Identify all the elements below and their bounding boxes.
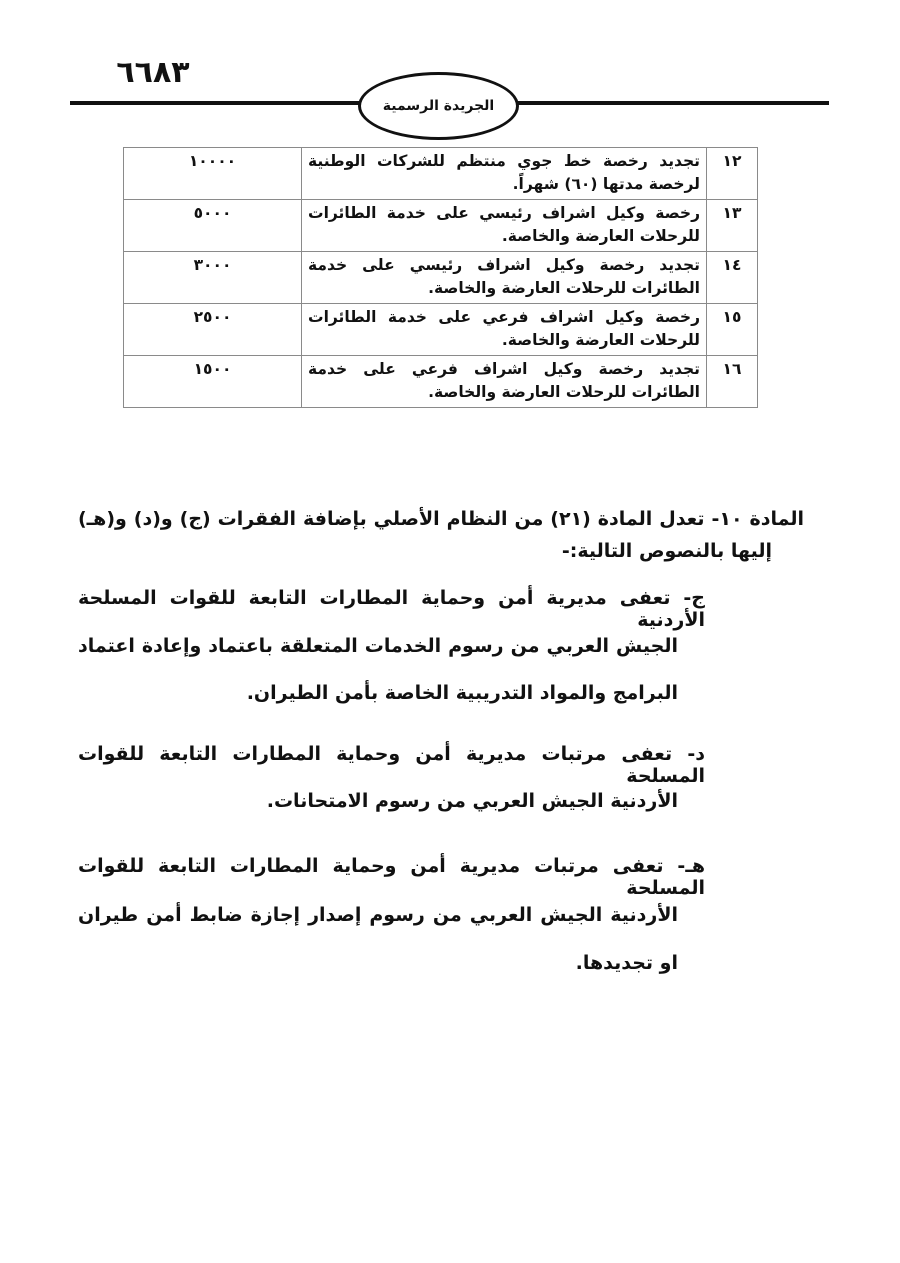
paragraph-d-line-1: د- تعفى مرتبات مديرية أمن وحماية المطارا…	[78, 743, 705, 787]
paragraph-h-line-3: او تجديدها.	[576, 952, 678, 974]
article-heading-line-1: المادة ١٠- تعدل المادة (٢١) من النظام ال…	[78, 508, 804, 530]
article-10: المادة ١٠- تعدل المادة (٢١) من النظام ال…	[78, 0, 804, 1263]
article-heading-line-2: إليها بالنصوص التالية:-	[562, 540, 772, 562]
paragraph-h-line-1: هـ- تعفى مرتبات مديرية أمن وحماية المطار…	[78, 855, 705, 899]
paragraph-j-line-3: البرامج والمواد التدريبية الخاصة بأمن ال…	[247, 682, 678, 704]
paragraph-d-line-2: الأردنية الجيش العربي من رسوم الامتحانات…	[267, 790, 678, 812]
paragraph-h-line-2: الأردنية الجيش العربي من رسوم إصدار إجاز…	[78, 904, 678, 926]
paragraph-j-line-1: ج- تعفى مديرية أمن وحماية المطارات التاب…	[78, 587, 705, 631]
paragraph-j-line-2: الجيش العربي من رسوم الخدمات المتعلقة با…	[78, 635, 678, 657]
